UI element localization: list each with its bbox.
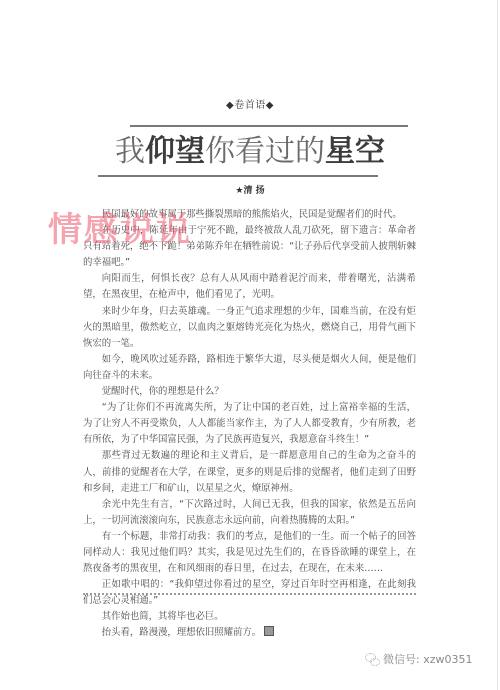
title-part-emphasis: 仰望 [145,134,205,169]
title-rule-top [130,125,408,127]
paragraph: 觉醒时代，你的理想是什么？ [83,384,416,400]
title-part: 我 [115,134,145,169]
title-part-emphasis: 星空 [325,134,385,169]
wechat-id-label: 微信号: xzw0351 [383,651,472,667]
author-byline: ★清 扬 [0,183,500,196]
paragraph: 向阳而生，何惧长夜？总有人从风雨中踏着泥泞而来，带着曙光，沾满希望，在黑夜里，在… [83,271,416,303]
title-part: 你看过的 [205,134,325,169]
paragraph: 那些背过无数遍的理论和主义背后，是一群愿意用自己的生命为之奋斗的人，前排的觉醒者… [83,448,416,496]
title-rule-bottom [98,175,378,177]
paragraph: 余光中先生有言，“下次路过时，人间已无我，但我的国家，依然是五岳向上，一切河流滚… [83,497,416,529]
paragraph: 如今，晚风吹过延乔路，路相连于繁华大道，尽头便是烟火人间，便是他们向往奋斗的未来… [83,352,416,384]
dotted-divider [83,593,416,595]
paragraph: 其作始也简，其将毕也必巨。 [83,609,416,625]
paragraph-text: 抬头看，路漫漫，理想依旧照耀前方。 [102,627,261,638]
paragraph-last: 抬头看，路漫漫，理想依旧照耀前方。 [83,625,416,641]
wechat-icon [365,653,379,665]
article-body: 民国最好的故事属于那些撕裂黑暗的熊熊焰火，民国是觉醒者们的时代。 在历史中，陈延… [83,207,416,642]
paragraph: “为了让你们不再流离失所，为了让中国的老百姓，过上富裕幸福的生活，为了让穷人不再… [83,400,416,448]
wechat-watermark: 微信号: xzw0351 [365,651,472,667]
section-label: ◆卷首语◆ [0,96,500,111]
paragraph: 来时少年身，归去英雄魂。一身正气追求理想的少年，国难当前，在没有炬火的黑暗里，傲… [83,304,416,352]
page-title: 我仰望你看过的星空 [0,133,500,171]
watermark-text: 情感说说 [48,210,192,250]
paragraph: 有一个标题，非常打动我：我们的考点，是他们的一生。而一个帖子的回答同样动人：我见… [83,529,416,577]
end-mark-icon [264,626,274,636]
